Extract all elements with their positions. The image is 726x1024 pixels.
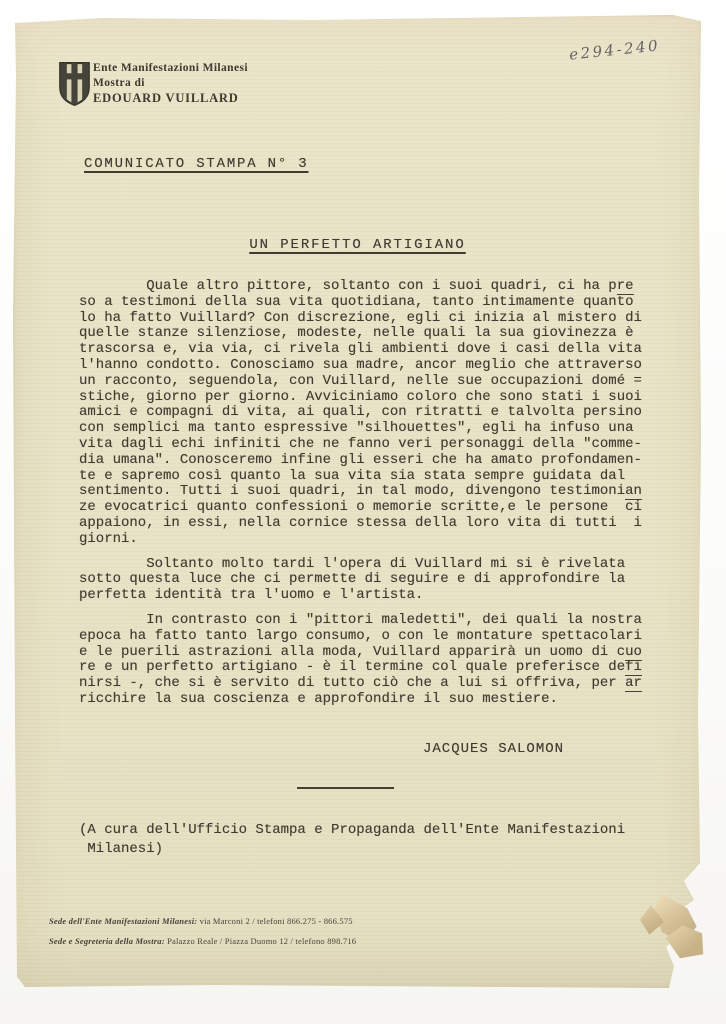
text-segment: In contrasto con i "pittori maledetti", …: [79, 612, 642, 628]
text-line: re e un perfetto artigiano - è il termin…: [79, 660, 664, 676]
text-segment: nirsi -, che si è servito di tutto ciò c…: [79, 675, 625, 691]
text-segment: re e un perfetto artigiano - è il termin…: [79, 659, 625, 675]
text-line: sotto questa luce che ci permette di seg…: [79, 572, 664, 588]
text-line: appaiono, in essi, nella cornice stessa …: [79, 516, 664, 532]
text-line: trascorsa e, via via, ci rivela gli ambi…: [79, 342, 664, 358]
text-line: Soltanto molto tardi l'opera di Vuillard…: [79, 557, 664, 573]
text-line: Quale altro pittore, soltanto con i suoi…: [79, 279, 664, 295]
text-segment: perfetta identità tra l'uomo e l'artista…: [79, 587, 423, 603]
footer-value: via Marconi 2 / telefoni 866.275 - 866.5…: [197, 916, 352, 926]
footer-lines: Sede dell'Ente Manifestazioni Milanesi: …: [49, 916, 356, 955]
paragraph: Quale altro pittore, soltanto con i suoi…: [79, 279, 664, 548]
text-line: perfetta identità tra l'uomo e l'artista…: [79, 588, 664, 604]
letterhead-org: Ente Manifestazioni Milanesi: [93, 61, 248, 76]
text-line: l'hanno condotto. Conosciamo sua madre, …: [79, 358, 664, 374]
text-line: so a testimoni della sua vita quotidiana…: [79, 295, 664, 311]
text-segment: trascorsa e, via via, ci rivela gli ambi…: [79, 341, 642, 357]
handwritten-annotation: e294-240: [568, 36, 661, 63]
text-segment: amici e compagni di vita, ai quali, con …: [79, 404, 642, 420]
text-segment: Quale altro pittore, soltanto con i suoi…: [79, 278, 617, 294]
credit-line: Milanesi): [79, 840, 625, 859]
text-segment: so a testimoni della sua vita quotidiana…: [79, 294, 634, 310]
paragraph: Soltanto molto tardi l'opera di Vuillard…: [79, 557, 664, 604]
letterhead-subtitle: Mostra di: [93, 76, 248, 91]
paragraph: In contrasto con i "pittori maledetti", …: [79, 613, 664, 708]
text-line: giorni.: [79, 532, 664, 548]
text-line: vita dagli echi infiniti che ne fanno ve…: [79, 437, 664, 453]
letterhead-artist: EDOUARD VUILLARD: [93, 91, 248, 106]
text-line: amici e compagni di vita, ai quali, con …: [79, 405, 664, 421]
text-segment: ze evocatrici quanto confessioni o memor…: [79, 499, 642, 515]
letterhead: Ente Manifestazioni Milanesi Mostra di E…: [93, 61, 248, 106]
text-segment: sotto questa luce che ci permette di seg…: [79, 571, 625, 587]
paper-sheet: Ente Manifestazioni Milanesi Mostra di E…: [13, 15, 702, 988]
text-line: ze evocatrici quanto confessioni o memor…: [79, 500, 664, 516]
footer-label: Sede e Segreteria della Mostra:: [49, 936, 165, 946]
text-line: con semplici ma tanto espressive "silhou…: [79, 421, 664, 437]
underlined-syllable: fi: [625, 659, 642, 676]
text-line: e le puerili astrazioni alla moda, Vuill…: [79, 645, 664, 661]
text-segment: giorni.: [79, 531, 138, 547]
text-line: stiche, giorno per giorno. Avviciniamo c…: [79, 390, 664, 406]
text-line: sentimento. Tutti i suoi quadri, in tal …: [79, 484, 664, 500]
footer-label: Sede dell'Ente Manifestazioni Milanesi:: [49, 916, 197, 926]
press-release-number: COMUNICATO STAMPA N° 3: [84, 156, 308, 172]
text-segment: lo ha fatto Vuillard? Con discrezione, e…: [79, 310, 642, 326]
footer-line: Sede e Segreteria della Mostra: Palazzo …: [49, 936, 356, 946]
text-line: nirsi -, che si è servito di tutto ciò c…: [79, 676, 664, 692]
text-segment: vita dagli echi infiniti che ne fanno ve…: [79, 436, 642, 452]
text-segment: dia umana". Conosceremo infine gli esser…: [79, 452, 642, 468]
text-segment: epoca ha fatto tanto largo consumo, o co…: [79, 628, 642, 644]
footer-line: Sede dell'Ente Manifestazioni Milanesi: …: [49, 916, 356, 926]
text-line: ricchire la sua coscienza e approfondire…: [79, 692, 664, 708]
text-segment: stiche, giorno per giorno. Avviciniamo c…: [79, 389, 642, 405]
text-segment: quelle stanze silenziose, modeste, nelle…: [79, 325, 634, 341]
text-line: un racconto, seguendola, con Vuillard, n…: [79, 374, 664, 390]
document-title: UN PERFETTO ARTIGIANO: [13, 237, 702, 253]
text-line: quelle stanze silenziose, modeste, nelle…: [79, 326, 664, 342]
scan-background: { "page": { "annotation": "e294-240", "h…: [0, 0, 726, 1024]
text-line: dia umana". Conosceremo infine gli esser…: [79, 453, 664, 469]
text-segment: l'hanno condotto. Conosciamo sua madre, …: [79, 357, 642, 373]
text-segment: con semplici ma tanto espressive "silhou…: [79, 420, 634, 436]
text-line: In contrasto con i "pittori maledetti", …: [79, 613, 664, 629]
end-rule: [297, 787, 394, 789]
text-line: te e sapremo così quanto la sua vita sia…: [79, 469, 664, 485]
text-line: epoca ha fatto tanto largo consumo, o co…: [79, 629, 664, 645]
ente-milanesi-crest-icon: [58, 61, 91, 106]
text-segment: appaiono, in essi, nella cornice stessa …: [79, 515, 642, 531]
credit-line: (A cura dell'Ufficio Stampa e Propaganda…: [79, 821, 625, 840]
text-segment: Soltanto molto tardi l'opera di Vuillard…: [79, 556, 625, 572]
text-segment: te e sapremo così quanto la sua vita sia…: [79, 468, 625, 484]
underlined-syllable: re: [617, 278, 634, 295]
signature: JACQUES SALOMON: [423, 741, 564, 757]
text-segment: un racconto, seguendola, con Vuillard, n…: [79, 373, 642, 389]
text-segment: sentimento. Tutti i suoi quadri, in tal …: [79, 483, 625, 499]
footer-value: Palazzo Reale / Piazza Duomo 12 / telefo…: [165, 936, 356, 946]
underlined-syllable: ar: [625, 675, 642, 692]
document-body: Quale altro pittore, soltanto con i suoi…: [79, 279, 664, 717]
text-segment: e le puerili astrazioni alla moda, Vuill…: [79, 644, 625, 660]
credit-note: (A cura dell'Ufficio Stampa e Propaganda…: [79, 821, 625, 858]
underlined-syllable: an: [625, 483, 642, 500]
text-segment: ricchire la sua coscienza e approfondire…: [79, 691, 558, 707]
underlined-syllable: uo: [625, 644, 642, 661]
